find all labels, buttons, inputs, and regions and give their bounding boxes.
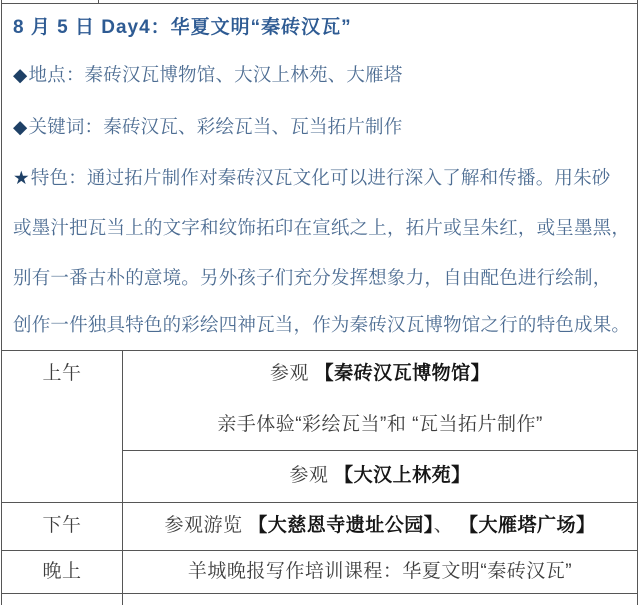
feature-text-1: 特色：通过拓片制作对秦砖汉瓦文化可以进行深入了解和传播。用朱砂 xyxy=(31,167,611,188)
afternoon-tour-venue-1: 【大慈恩寺遗址公园】 xyxy=(248,515,434,536)
location-line: ◆地点：秦砖汉瓦博物馆、大汉上林苑、大雁塔 xyxy=(13,62,402,88)
diamond-bullet-icon: ◆ xyxy=(13,116,27,137)
afternoon-tour-venue-2: 【大雁塔广场】 xyxy=(459,515,596,536)
table-border-right xyxy=(637,0,638,605)
morning-subrow-divider xyxy=(122,450,638,451)
star-bullet-icon: ★ xyxy=(13,167,30,188)
museum-visit-prefix: 参观 xyxy=(270,363,315,384)
experience-text: 亲手体验“彩绘瓦当”和 “瓦当拓片制作” xyxy=(217,414,543,435)
feature-text-2: 或墨汁把瓦当上的文字和纹饰拓印在宣纸之上，拓片或呈朱红，或呈墨黑， xyxy=(13,217,630,238)
keywords-line: ◆关键词：秦砖汉瓦、彩绘瓦当、瓦当拓片制作 xyxy=(13,114,402,140)
afternoon-tour-separator: 、 xyxy=(434,515,459,536)
activity-writing-course: 羊城晚报写作培训课程：华夏文明“秦砖汉瓦” xyxy=(123,559,637,585)
feature-line-2: 或墨汁把瓦当上的文字和纹饰拓印在宣纸之上，拓片或呈朱红，或呈墨黑， xyxy=(13,215,630,241)
itinerary-document: 8 月 5 日 Day4：华夏文明“秦砖汉瓦” ◆地点：秦砖汉瓦博物馆、大汉上林… xyxy=(0,0,640,605)
keywords-text: 关键词：秦砖汉瓦、彩绘瓦当、瓦当拓片制作 xyxy=(28,116,402,137)
activity-museum-visit: 参观 【秦砖汉瓦博物馆】 xyxy=(123,361,637,387)
writing-course-text: 羊城晚报写作培训课程：华夏文明“秦砖汉瓦” xyxy=(188,561,572,582)
morning-row-top-border xyxy=(1,350,638,351)
time-cell-evening: 晚上 xyxy=(2,559,122,585)
afternoon-row-top-border xyxy=(1,502,638,503)
activity-afternoon-tour: 参观游览 【大慈恩寺遗址公园】、 【大雁塔广场】 xyxy=(123,513,637,539)
shanglinyuan-visit-venue: 【大汉上林苑】 xyxy=(334,465,471,486)
feature-line-3: 别有一番古朴的意境。另外孩子们充分发挥想象力，自由配色进行绘制， xyxy=(13,265,611,291)
header-cell-top-border xyxy=(1,3,638,4)
shanglinyuan-visit-prefix: 参观 xyxy=(289,465,334,486)
time-cell-afternoon: 下午 xyxy=(2,513,122,539)
evening-row-top-border xyxy=(1,550,638,551)
next-row-top-border xyxy=(1,593,638,594)
feature-line-4: 创作一件独具特色的彩绘四神瓦当，作为秦砖汉瓦博物馆之行的特色成果。 xyxy=(13,312,630,338)
diamond-bullet-icon: ◆ xyxy=(13,64,27,85)
time-cell-morning: 上午 xyxy=(2,361,122,387)
location-text: 地点：秦砖汉瓦博物馆、大汉上林苑、大雁塔 xyxy=(28,64,402,85)
activity-hands-on-experience: 亲手体验“彩绘瓦当”和 “瓦当拓片制作” xyxy=(123,412,637,438)
afternoon-tour-prefix: 参观游览 xyxy=(164,515,248,536)
feature-line-1: ★特色：通过拓片制作对秦砖汉瓦文化可以进行深入了解和传播。用朱砂 xyxy=(13,165,611,191)
museum-visit-venue: 【秦砖汉瓦博物馆】 xyxy=(315,363,491,384)
page-title: 8 月 5 日 Day4：华夏文明“秦砖汉瓦” xyxy=(13,12,352,39)
activity-shanglinyuan-visit: 参观 【大汉上林苑】 xyxy=(123,463,637,489)
feature-text-3: 别有一番古朴的意境。另外孩子们充分发挥想象力，自由配色进行绘制， xyxy=(13,267,611,288)
feature-text-4: 创作一件独具特色的彩绘四神瓦当，作为秦砖汉瓦博物馆之行的特色成果。 xyxy=(13,314,630,335)
